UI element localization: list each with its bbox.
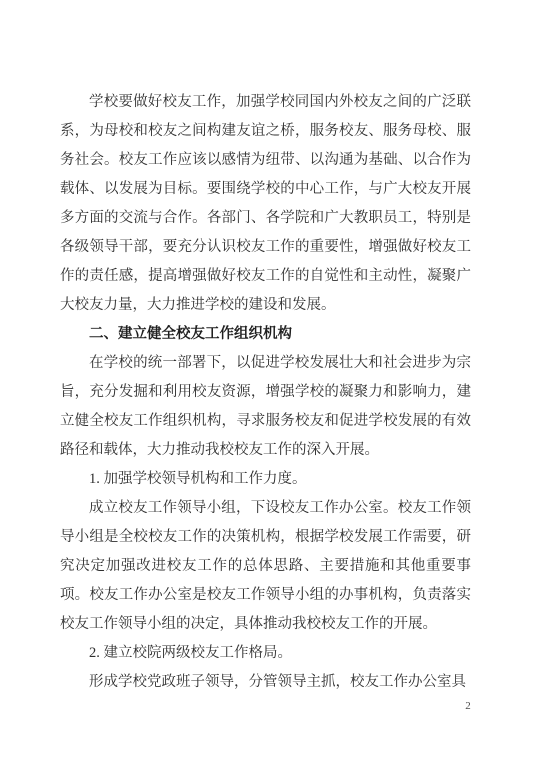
numbered-item-1: 1. 加强学校领导机构和工作力度。 [60, 465, 471, 494]
paragraph-leading-group: 成立校友工作领导小组，下设校友工作办公室。校友工作领导小组是全校校友工作的决策机… [60, 494, 471, 639]
document-page: 学校要做好校友工作，加强学校同国内外校友之间的广泛联系，为母校和校友之间构建友谊… [0, 0, 542, 768]
section-heading-organization: 二、建立健全校友工作组织机构 [60, 320, 471, 349]
paragraph-alumni-overview: 学校要做好校友工作，加强学校同国内外校友之间的广泛联系，为母校和校友之间构建友谊… [60, 88, 471, 320]
paragraph-organization-intro: 在学校的统一部署下，以促进学校发展壮大和社会进步为宗旨，充分发掘和利用校友资源，… [60, 349, 471, 465]
page-number: 2 [460, 700, 476, 712]
numbered-item-2: 2. 建立校院两级校友工作格局。 [60, 639, 471, 668]
document-text-block: 学校要做好校友工作，加强学校同国内外校友之间的广泛联系，为母校和校友之间构建友谊… [60, 88, 471, 697]
paragraph-two-level-structure: 形成学校党政班子领导，分管领导主抓，校友工作办公室具 [60, 668, 471, 697]
